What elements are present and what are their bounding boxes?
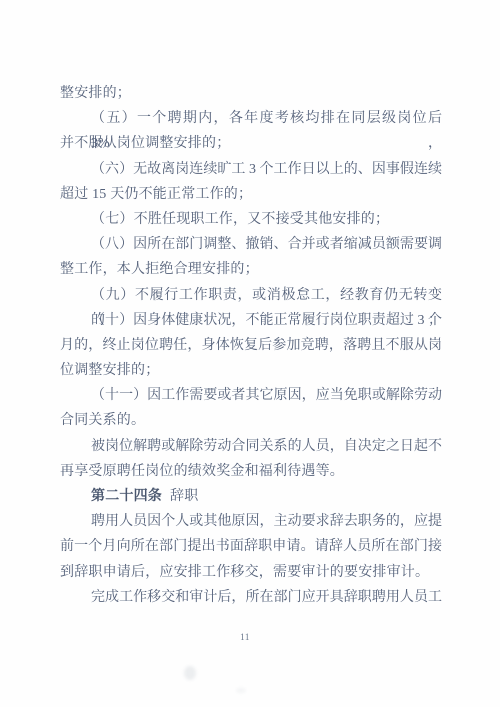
- text-line: （九）不履行工作职责，或消极怠工，经教育仍无转变的；: [60, 283, 442, 308]
- text-line: （六）无故离岗连续旷工 3 个工作日以上的、因事假连续: [60, 157, 442, 182]
- text-line: （十）因身体健康状况，不能正常履行岗位职责超过 3 个: [60, 308, 442, 333]
- page-number: 11: [0, 632, 490, 642]
- text-line: 合同关系的。: [60, 408, 442, 433]
- line-text: 整安排的；: [60, 86, 131, 101]
- line-text: 合同关系的。: [60, 413, 145, 428]
- text-line: 整工作，本人拒绝合理安排的；: [60, 257, 442, 282]
- text-line: 被岗位解聘或解除劳动合同关系的人员，自决定之日起不: [60, 434, 442, 459]
- line-text: （十一）因工作需要或者其它原因，应当免职或解除劳动: [91, 388, 442, 403]
- line-text: （六）无故离岗连续旷工 3 个工作日以上的、因事假连续: [91, 162, 442, 177]
- text-line: 超过 15 天仍不能正常工作的；: [60, 182, 442, 207]
- text-line: （五）一个聘期内，各年度考核均排在同层级岗位后 3%，: [60, 106, 442, 131]
- line-text: 月的，终止岗位聘任，身体恢复后参加竞聘，落聘且不服从岗: [60, 338, 442, 353]
- document-body: 整安排的；（五）一个聘期内，各年度考核均排在同层级岗位后 3%，并不服从岗位调整…: [60, 81, 442, 610]
- document-page: 整安排的；（五）一个聘期内，各年度考核均排在同层级岗位后 3%，并不服从岗位调整…: [0, 0, 500, 707]
- line-text: 聘用人员因个人或其他原因，主动要求辞去职务的，应提: [91, 514, 442, 529]
- text-line: 月的，终止岗位聘任，身体恢复后参加竞聘，落聘且不服从岗: [60, 333, 442, 358]
- text-line: （七）不胜任现职工作，又不接受其他安排的；: [60, 207, 442, 232]
- line-text: （七）不胜任现职工作，又不接受其他安排的；: [91, 212, 389, 227]
- text-line: 第二十四条辞职: [60, 484, 442, 509]
- line-text: 被岗位解聘或解除劳动合同关系的人员，自决定之日起不: [91, 439, 442, 454]
- text-line: 聘用人员因个人或其他原因，主动要求辞去职务的，应提: [60, 509, 442, 534]
- line-text: 前一个月向所在部门提出书面辞职申请。请辞人员所在部门接: [60, 539, 442, 554]
- text-line: 再享受原聘任岗位的绩效奖金和福利待遇等。: [60, 459, 442, 484]
- line-text: 并不服从岗位调整安排的；: [60, 136, 230, 151]
- line-text: 到辞职申请后，应安排工作移交，需要审计的要安排审计。: [60, 565, 429, 580]
- line-text: 再享受原聘任岗位的绩效奖金和福利待遇等。: [60, 464, 344, 479]
- article-heading-number: 第二十四条: [91, 489, 162, 504]
- text-line: （十一）因工作需要或者其它原因，应当免职或解除劳动: [60, 383, 442, 408]
- line-text: 位调整安排的；: [60, 363, 159, 378]
- line-text: 辞职: [170, 489, 198, 504]
- line-text: 整工作，本人拒绝合理安排的；: [60, 262, 259, 277]
- text-line: 到辞职申请后，应安排工作移交，需要审计的要安排审计。: [60, 560, 442, 585]
- text-line: 前一个月向所在部门提出书面辞职申请。请辞人员所在部门接: [60, 534, 442, 559]
- line-text: （十）因身体健康状况，不能正常履行岗位职责超过 3 个: [91, 313, 442, 328]
- line-text: 完成工作移交和审计后，所在部门应开具辞职聘用人员工: [91, 590, 442, 605]
- text-line: 位调整安排的；: [60, 358, 442, 383]
- scan-smudge: [236, 688, 246, 693]
- scan-smudge: [184, 666, 196, 680]
- text-line: 完成工作移交和审计后，所在部门应开具辞职聘用人员工: [60, 585, 442, 610]
- line-text: 超过 15 天仍不能正常工作的；: [60, 187, 252, 202]
- text-line: 整安排的；: [60, 81, 442, 106]
- text-line: （八）因所在部门调整、撤销、合并或者缩减员额需要调: [60, 232, 442, 257]
- line-text: （八）因所在部门调整、撤销、合并或者缩减员额需要调: [91, 237, 442, 252]
